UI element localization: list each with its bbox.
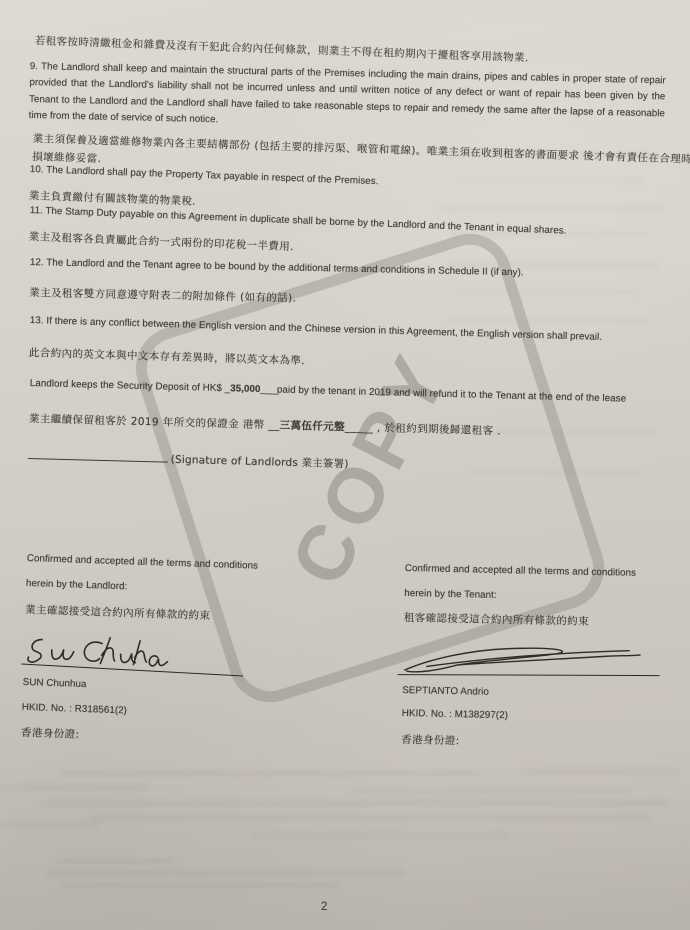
page-content: 若租客按時清繳租金和雜費及沒有干犯此合約內任何條款，則業主不得在租約期內干擾租客… [0,0,690,930]
deposit-clause-en: Landlord keeps the Security Deposit of H… [30,378,627,405]
deposit-amount-zh: 三萬伍仟元整 [279,420,345,434]
deposit-clause-zh: 業主繼續保留租客於 2019 年所交的保證金 港幣 __三萬伍仟元整_____ … [29,411,501,438]
clause-13-zh: 此合約內的英文本與中文本存有差異時，將以英文本為準. [29,345,306,368]
clause-12-en: 12. The Landlord and the Tenant agree to… [30,257,524,278]
landlord-confirm-zh: 業主確認接受這合約內所有條款的約束 [25,602,211,623]
landlord-signature [23,627,174,677]
tenant-hkid: HKID. No. : M138297(2) [402,708,508,721]
landlord-confirm-line1: Confirmed and accepted all the terms and… [27,553,259,572]
deposit-en-prefix: Landlord keeps the Security Deposit of H… [30,378,231,394]
tenant-confirm-line2: herein by the Tenant: [404,588,497,601]
landlord-signature-line: (Signature of Landlords 業主簽署) [28,448,349,471]
tenant-name: SEPTIANTO Andrio [402,685,489,698]
clause-9-zh-line2: 損壞維修妥當. [32,148,102,165]
clause-13-en: 13. If there is any conflict between the… [30,315,603,343]
tenant-confirm-line1: Confirmed and accepted all the terms and… [405,563,636,579]
landlord-hkid: HKID. No. : R318561(2) [22,702,127,716]
clause-11-zh: 業主及租客各負責屬此合約一式兩份的印花稅一半費用. [29,229,295,254]
deposit-en-suffix: ___paid by the tenant in 2019 and will r… [260,384,626,405]
tenant-id-zh: 香港身份證: [401,732,460,748]
tenant-confirm-zh: 租客確認接受這合約內所有條款的約束 [404,610,590,629]
deposit-zh-prefix: 業主繼續保留租客於 2019 年所交的保證金 港幣 __ [29,413,280,432]
clause-9-en: 9. The Landlord shall keep and maintain … [29,59,666,139]
signature-blank-line [28,449,168,463]
landlord-id-zh: 香港身份證: [21,725,80,742]
deposit-amount-en: 35,000 [230,383,261,395]
clause-12-zh: 業主及租客雙方同意遵守附表二的附加條件 (如有的話). [29,285,296,306]
landlord-name: SUN Chunhua [23,677,87,690]
lease-agreement-page-photo: COPY 若租客按時清繳租金和雜費及沒有干犯此合約內任何條款，則業主不得在租約期… [0,0,690,930]
landlord-confirm-line2: herein by the Landlord: [26,578,128,592]
clause-10-en: 10. The Landlord shall pay the Property … [30,164,379,187]
deposit-zh-suffix: _____ , 於租約到期後歸還租客 . [345,421,501,437]
signature-line-label: (Signature of Landlords 業主簽署) [171,454,349,471]
page-number: 2 [321,901,327,913]
